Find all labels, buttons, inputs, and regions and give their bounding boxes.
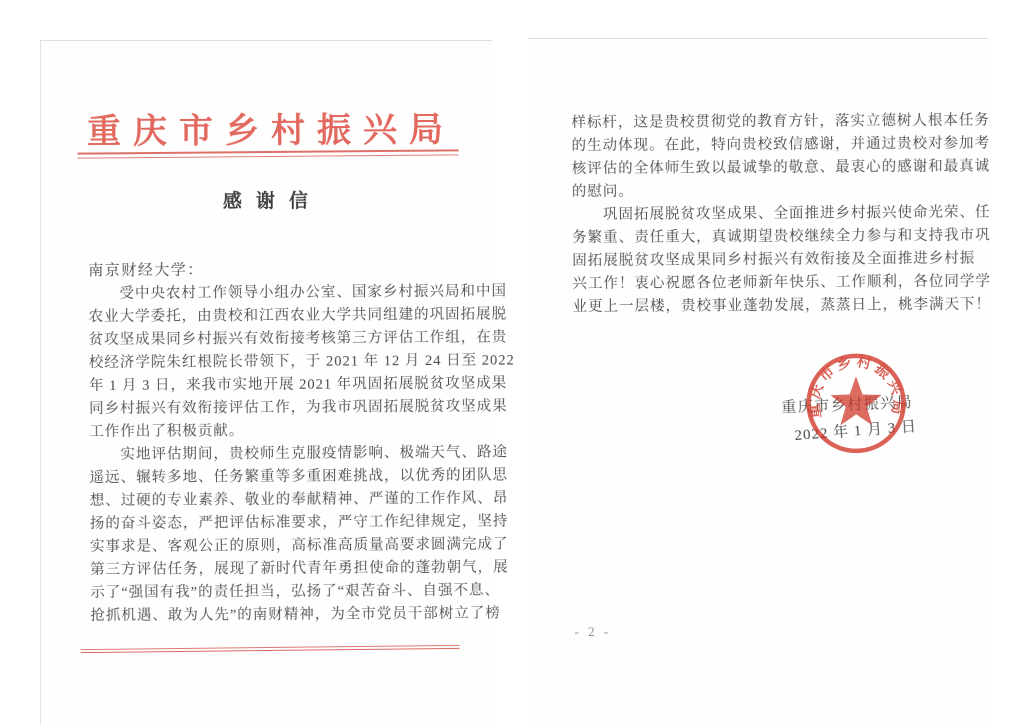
body-line: 巩固拓展脱贫攻坚成果、全面推进乡村振兴使命光荣、任 [572,202,965,227]
letter-page-2: 样标杆，这是贵校贯彻党的教育方针，落实立德树人根本任务的生动体现。在此，特向贵校… [528,38,988,724]
body-line: 实事求是、客观公正的原则，高标准高质量高要求圆满完成了 [90,534,486,559]
seal-star-icon [830,376,882,425]
page-1-content: 重庆市乡村振兴局 感谢信 南京财经大学： 受中央农村工作领导小组办公室、国家乡村… [39,40,494,724]
body-line: 遥远、辗转多地、任务繁重等多重困难挑战，以优秀的团队思 [90,465,486,490]
letter-page-1: 重庆市乡村振兴局 感谢信 南京财经大学： 受中央农村工作领导小组办公室、国家乡村… [40,40,492,724]
scanned-letter: 重庆市乡村振兴局 感谢信 南京财经大学： 受中央农村工作领导小组办公室、国家乡村… [0,0,1024,724]
footer-red-rule [81,645,460,653]
body-line: 校经济学院朱红根院长带领下，于 2021 年 12 月 24 日至 2022 [89,350,485,375]
body-line: 实地评估期间，贵校师生克服疫情影响、极端天气、路途 [89,442,485,467]
page-2-content: 样标杆，这是贵校贯彻党的教育方针，落实立德树人根本任务的生动体现。在此，特向贵校… [526,38,990,724]
body-line: 样标杆，这是贵校贯彻党的教育方针，落实立德树人根本任务 [571,110,964,135]
body-line: 工作作出了积极贡献。 [89,419,485,444]
body-line: 务繁重、责任重大，真诚期望贵校继续全力参与和支持我市巩 [572,225,965,250]
page-2-body: 样标杆，这是贵校贯彻党的教育方针，落实立德树人根本任务的生动体现。在此，特向贵校… [571,110,965,319]
body-line: 同乡村振兴有效衔接评估工作，为我市巩固拓展脱贫攻坚成果 [89,396,485,421]
body-line: 年 1 月 3 日，来我市实地开展 2021 年巩固拓展脱贫攻坚成果 [89,373,485,398]
page-2-paragraphs: 样标杆，这是贵校贯彻党的教育方针，落实立德树人根本任务的生动体现。在此，特向贵校… [571,110,965,319]
body-line: 想、过硬的专业素养、敬业的奉献精神、严谨的工作作风、昂 [90,488,486,513]
body-line: 兴工作！衷心祝愿各位老师新年快乐、工作顺利，各位同学学 [572,271,965,296]
agency-header: 重庆市乡村振兴局 [39,102,490,154]
page-number: - 2 - [574,624,611,640]
signature-block: 重庆市乡村振兴局 2022 年 1 月 3 日 [526,38,986,41]
body-line: 的生动体现。在此，特向贵校致信感谢，并通过贵校对参加考 [571,133,964,158]
official-seal-icon: 重庆市乡村振兴局 [786,333,927,474]
body-line: 固拓展脱贫攻坚成果同乡村振兴有效衔接及全面推进乡村振 [572,248,965,273]
body-line: 扬的奋斗姿态，严把评估标准要求，严守工作纪律规定，坚持 [90,511,486,536]
body-line: 受中央农村工作领导小组办公室、国家乡村振兴局和中国 [88,281,484,306]
page-1-paragraphs: 受中央农村工作领导小组办公室、国家乡村振兴局和中国农业大学委托，由贵校和江西农业… [88,281,486,628]
page-1-body: 南京财经大学： 受中央农村工作领导小组办公室、国家乡村振兴局和中国农业大学委托，… [88,258,486,628]
body-line: 贫攻坚成果同乡村振兴有效衔接考核第三方评估工作组，在贵 [89,327,485,352]
body-line: 示了“强国有我”的责任担当，弘扬了“艰苦奋斗、自强不息、 [90,580,486,605]
body-line: 农业大学委托，由贵校和江西农业大学共同组建的巩固拓展脱 [89,304,485,329]
body-line: 第三方评估任务，展现了新时代青年勇担使命的蓬勃朝气，展 [90,557,486,582]
body-line: 核评估的全体师生致以最诚挚的敬意、最衷心的感谢和最真诚 [572,156,965,181]
body-line: 抢抓机遇、敢为人先”的南财精神，为全市党员干部树立了榜 [90,603,486,628]
body-line: 业更上一层楼，贵校事业蓬勃发展，蒸蒸日上，桃李满天下！ [572,294,965,319]
salutation: 南京财经大学： [88,258,484,283]
body-line: 的慰问。 [572,179,965,204]
letter-title: 感谢信 [40,185,491,215]
